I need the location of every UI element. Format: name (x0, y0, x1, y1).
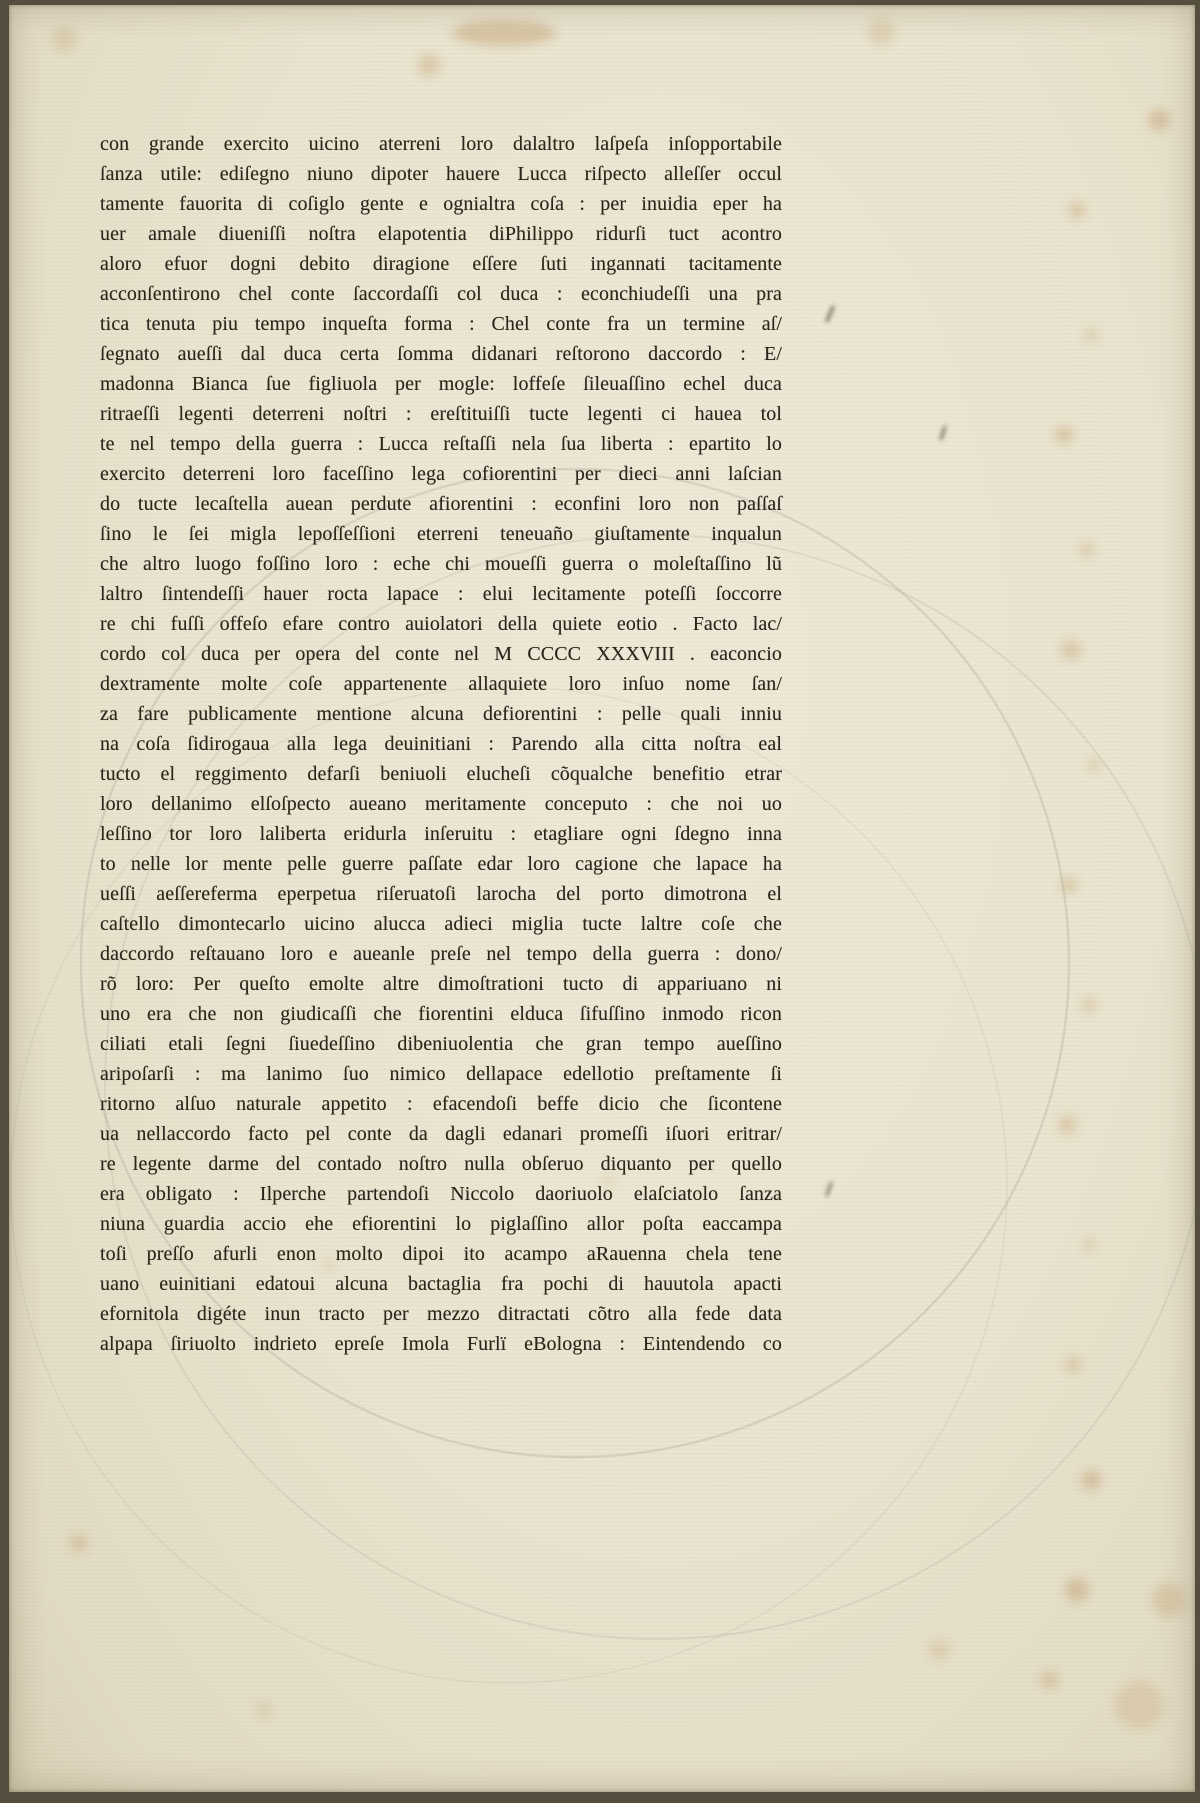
text-line: efornitola digéte inun tracto per mezzo … (100, 1299, 782, 1329)
text-line: ſanza utile: ediſegno niuno dipoter haue… (100, 159, 782, 189)
text-line: laltro ſintendeſſi hauer rocta lapace : … (100, 579, 782, 609)
text-line: ſegnato aueſſi dal duca certa ſomma dida… (100, 339, 782, 369)
text-line: ritorno alſuo naturale appetito : efacen… (100, 1089, 782, 1119)
text-line: rõ loro: Per queſto emolte altre dimoſtr… (100, 969, 782, 999)
text-line: toſi preſſo afurli enon molto dipoi ito … (100, 1239, 782, 1269)
text-line: madonna Bianca ſue figliuola per mogle: … (100, 369, 782, 399)
text-line: cordo col duca per opera del conte nel M… (100, 639, 782, 669)
text-line: che altro luogo foſſino loro : eche chi … (100, 549, 782, 579)
text-line: ſino le ſei migla lepoſſeſſioni eterreni… (100, 519, 782, 549)
margin-ink-marks (827, 307, 945, 1195)
book-page: con grande exercito uicino aterreni loro… (9, 5, 1195, 1792)
text-line: exercito deterreni loro faceſſino lega c… (100, 459, 782, 489)
text-line: daccordo reſtauano loro e aueanle preſe … (100, 939, 782, 969)
text-line: tica tenuta piu tempo inqueſta forma : C… (100, 309, 782, 339)
text-line: uano euinitiani edatoui alcuna bactaglia… (100, 1269, 782, 1299)
scan-backdrop: con grande exercito uicino aterreni loro… (0, 0, 1200, 1803)
text-line: alpapa ſiriuolto indrieto epreſe Imola F… (100, 1329, 782, 1359)
text-line: tucto el reggimento defarſi beniuoli elu… (100, 759, 782, 789)
page-text-block: con grande exercito uicino aterreni loro… (100, 129, 782, 1359)
text-line: do tucte lecaſtella auean perdute afiore… (100, 489, 782, 519)
text-line: ueſſi aeſſereferma eperpetua riſeruatoſi… (100, 879, 782, 909)
text-line: leſſino tor loro laliberta eridurla inſe… (100, 819, 782, 849)
text-line: aripoſarſi : ma lanimo ſuo nimico dellap… (100, 1059, 782, 1089)
text-line: ciliati etali ſegni ſiuedeſſino dibeniuo… (100, 1029, 782, 1059)
text-line: uno era che non giudicaſſi che fiorentin… (100, 999, 782, 1029)
text-line: dextramente molte coſe appartenente alla… (100, 669, 782, 699)
text-line: era obligato : Ilperche partendoſi Nicco… (100, 1179, 782, 1209)
text-line: ritraeſſi legenti deterreni noſtri : ere… (100, 399, 782, 429)
text-line: re chi fuſſi offeſo efare contro auiolat… (100, 609, 782, 639)
text-line: aloro efuor dogni debito diragione eſſer… (100, 249, 782, 279)
text-line: re legente darme del contado noſtro null… (100, 1149, 782, 1179)
text-line: acconſentirono chel conte ſaccordaſſi co… (100, 279, 782, 309)
text-line: niuna guardia accio ehe efiorentini lo p… (100, 1209, 782, 1239)
text-line: te nel tempo della guerra : Lucca reſtaſ… (100, 429, 782, 459)
text-line: to nelle lor mente pelle guerre paſſate … (100, 849, 782, 879)
text-line: loro dellanimo elſoſpecto aueano meritam… (100, 789, 782, 819)
text-line: uer amale diueniſſi noſtra elapotentia d… (100, 219, 782, 249)
text-line: na coſa ſidirogaua alla lega deuinitiani… (100, 729, 782, 759)
text-line: caſtello dimontecarlo uicino alucca adie… (100, 909, 782, 939)
text-line: con grande exercito uicino aterreni loro… (100, 129, 782, 159)
text-line: ua nellaccordo facto pel conte da dagli … (100, 1119, 782, 1149)
text-line: za fare publicamente mentione alcuna def… (100, 699, 782, 729)
text-line: tamente fauorita di coſiglo gente e ogni… (100, 189, 782, 219)
